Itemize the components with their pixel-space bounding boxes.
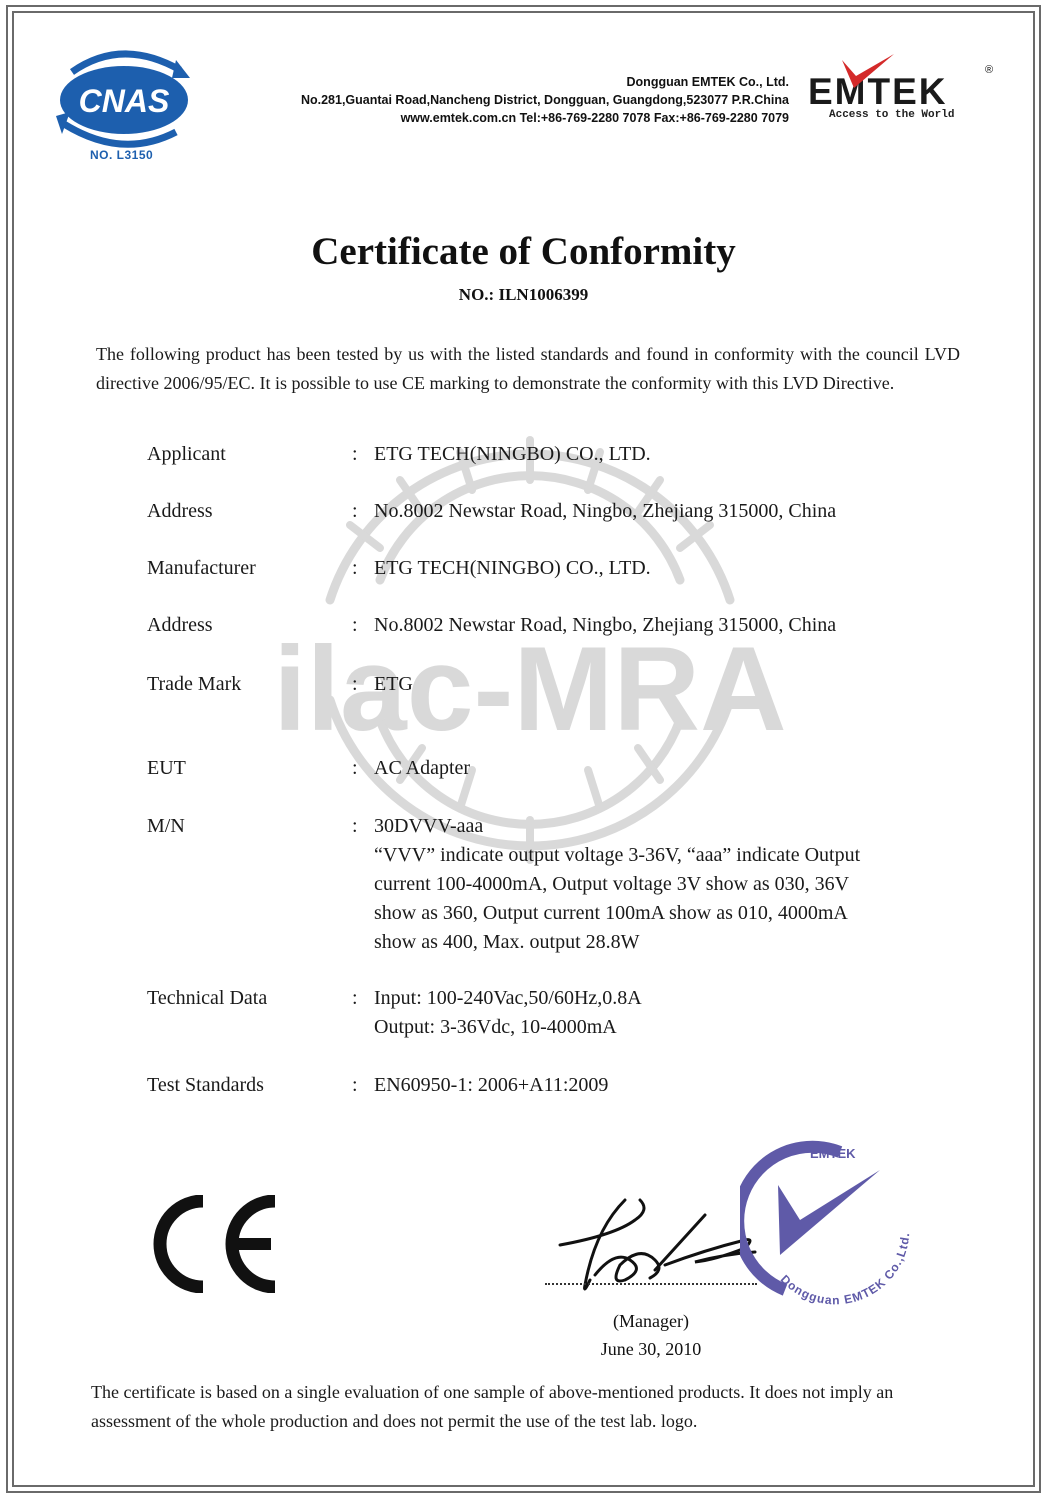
field-colon: :	[352, 754, 358, 783]
field-colon: :	[352, 554, 358, 583]
field-colon: :	[352, 670, 358, 699]
emtek-tagline: Access to the World	[829, 109, 954, 121]
intro-paragraph: The following product has been tested by…	[96, 340, 960, 398]
field-value: EN60950-1: 2006+A11:2009	[374, 1071, 934, 1100]
certificate-number: NO.: ILN1006399	[0, 285, 1047, 305]
field-label: Test Standards	[147, 1071, 347, 1100]
field-colon: :	[352, 497, 358, 526]
signatory-role: (Manager)	[545, 1307, 757, 1335]
issuer-header: Dongguan EMTEK Co., Ltd. No.281,Guantai …	[301, 73, 789, 127]
field-value: No.8002 Newstar Road, Ningbo, Zhejiang 3…	[374, 497, 934, 526]
accreditation-number: NO. L3150	[90, 148, 153, 162]
field-value: ETG TECH(NINGBO) CO., LTD.	[374, 440, 934, 469]
field-colon: :	[352, 812, 358, 841]
field-label: Manufacturer	[147, 554, 347, 583]
field-value: No.8002 Newstar Road, Ningbo, Zhejiang 3…	[374, 611, 934, 640]
field-value: ETG TECH(NINGBO) CO., LTD.	[374, 554, 934, 583]
ilac-mra-watermark-icon: ilac-MRA	[260, 430, 800, 870]
field-value: AC Adapter	[374, 754, 934, 783]
registered-mark: ®	[985, 64, 993, 76]
svg-text:Dongguan EMTEK Co.,Ltd.: Dongguan EMTEK Co.,Ltd.	[778, 1232, 910, 1308]
issuer-company: Dongguan EMTEK Co., Ltd.	[301, 73, 789, 91]
signature-date: June 30, 2010	[545, 1335, 757, 1363]
issuer-contact: www.emtek.com.cn Tel:+86-769-2280 7078 F…	[301, 109, 789, 127]
emtek-stamp-icon: EMTEK Dongguan EMTEK Co.,Ltd.	[740, 1140, 910, 1310]
field-label: Address	[147, 611, 347, 640]
ce-mark-icon	[145, 1195, 285, 1293]
field-label: Trade Mark	[147, 670, 347, 699]
footer-disclaimer: The certificate is based on a single eva…	[91, 1378, 963, 1436]
field-colon: :	[352, 984, 358, 1013]
field-colon: :	[352, 1071, 358, 1100]
field-value: 30DVVV-aaa “VVV” indicate output voltage…	[374, 812, 934, 957]
field-label: Technical Data	[147, 984, 347, 1013]
field-label: M/N	[147, 812, 347, 841]
field-value: Input: 100-240Vac,50/60Hz,0.8A Output: 3…	[374, 984, 934, 1042]
field-value: ETG	[374, 670, 934, 699]
issuer-address: No.281,Guantai Road,Nancheng District, D…	[301, 91, 789, 109]
svg-text:EMTEK: EMTEK	[810, 1146, 856, 1161]
field-colon: :	[352, 440, 358, 469]
field-label: Address	[147, 497, 347, 526]
field-colon: :	[352, 611, 358, 640]
svg-text:CNAS: CNAS	[79, 83, 170, 119]
signature-block: (Manager) June 30, 2010	[545, 1307, 757, 1363]
certificate-title: Certificate of Conformity	[0, 228, 1047, 276]
signature-line	[545, 1283, 757, 1285]
field-label: EUT	[147, 754, 347, 783]
emtek-check-icon	[838, 52, 898, 92]
field-label: Applicant	[147, 440, 347, 469]
